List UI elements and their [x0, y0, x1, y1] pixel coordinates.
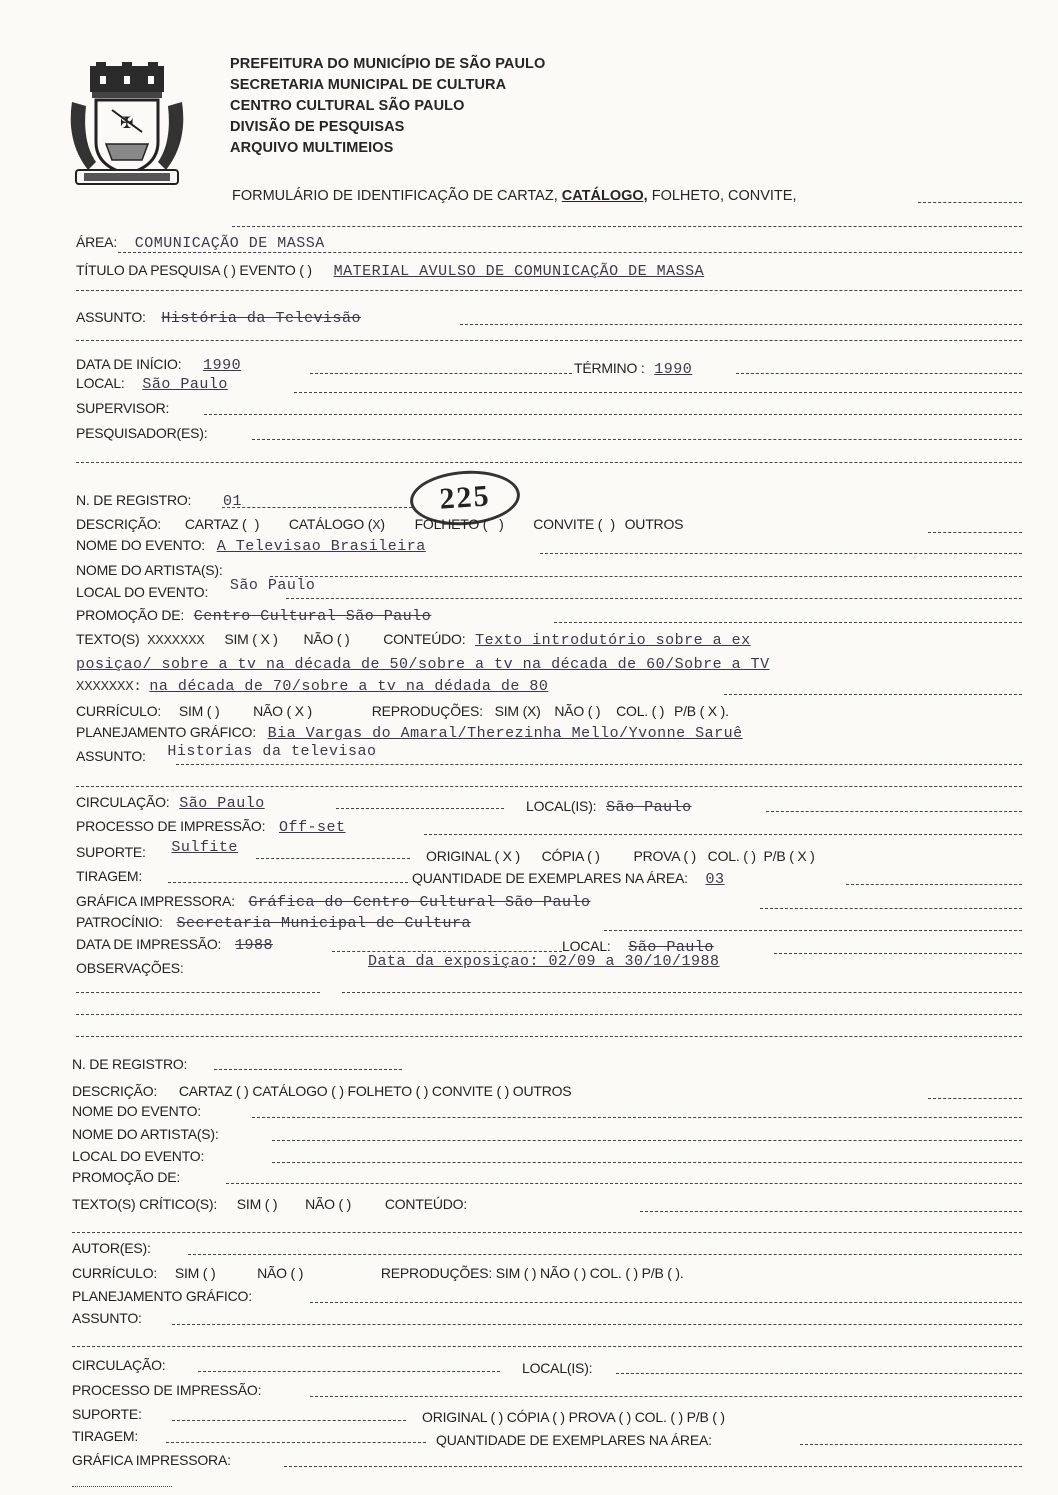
processo-value: Off-set: [279, 819, 346, 836]
assunto-value: História da Televisão: [161, 310, 361, 327]
local-evento-value: São Paulo: [230, 577, 316, 594]
rule: [76, 786, 1022, 787]
rule: [286, 598, 1022, 599]
rule: [616, 1373, 1022, 1374]
descricao-field-2: DESCRIÇÃO: CARTAZ ( ) CATÁLOGO ( ) FOLHE…: [72, 1083, 571, 1099]
termino-value: 1990: [654, 361, 692, 378]
registro-field-2[interactable]: N. DE REGISTRO:: [72, 1056, 187, 1072]
planejamento-value: Bia Vargas do Amaral/Therezinha Mello/Yv…: [268, 725, 743, 742]
reproducoes-pb-checkbox[interactable]: P/B ( X ).: [674, 703, 729, 719]
rule: [724, 694, 1022, 695]
circulacao-field-2[interactable]: CIRCULAÇÃO:: [72, 1357, 165, 1373]
curriculo-nao-checkbox[interactable]: NÃO ( X ): [253, 703, 312, 719]
rule: [72, 1346, 1022, 1347]
assunto-field-2[interactable]: ASSUNTO:: [72, 1310, 142, 1326]
rule: [272, 1162, 1022, 1163]
header-line: PREFEITURA DO MUNICÍPIO DE SÃO PAULO: [230, 54, 545, 75]
rule: [166, 1442, 426, 1443]
rule: [310, 1302, 1022, 1303]
rule: [928, 1098, 1022, 1099]
rule: [294, 392, 1022, 393]
rule: [188, 1254, 1022, 1255]
termino-field[interactable]: TÉRMINO : 1990: [574, 360, 692, 378]
local-evento-field-2[interactable]: LOCAL DO EVENTO:: [72, 1148, 204, 1164]
conteudo-line-2: posiçao/ sobre a tv na década de 50/sobr…: [76, 655, 770, 673]
circulacao-value: São Paulo: [179, 795, 265, 812]
option-convite[interactable]: CONVITE ( ): [533, 516, 615, 532]
rule: [72, 1486, 172, 1487]
rule: [76, 1014, 1022, 1015]
grafica-field[interactable]: GRÁFICA IMPRESSORA: Gráfica do Centro Cu…: [76, 893, 591, 911]
processo-field[interactable]: PROCESSO DE IMPRESSÃO: Off-set: [76, 818, 346, 836]
locais-field-2[interactable]: LOCAL(IS):: [522, 1360, 592, 1376]
identification-form-page: ✠ PREFEITURA DO MUNICÍPIO DE SÃO PAULO S…: [0, 0, 1058, 1495]
rule: [168, 882, 408, 883]
pb-checkbox[interactable]: P/B ( X ): [764, 848, 815, 864]
titulo-value: MATERIAL AVULSO DE COMUNICAÇÃO DE MASSA: [334, 263, 705, 280]
rule: [76, 340, 1022, 341]
suporte-options: ORIGINAL ( X ) CÓPIA ( ) PROVA ( ) COL. …: [426, 848, 815, 864]
rule: [226, 1183, 1022, 1184]
data-inicio-field[interactable]: DATA DE INÍCIO: 1990: [76, 356, 241, 374]
tiragem-field-2[interactable]: TIRAGEM:: [72, 1428, 138, 1444]
nome-evento-field[interactable]: NOME DO EVENTO: A Televisao Brasileira: [76, 537, 426, 555]
prova-checkbox[interactable]: PROVA ( ): [633, 848, 696, 864]
patrocinio-value: Secretaria Municipal de Cultura: [176, 915, 471, 932]
option-cartaz[interactable]: CARTAZ ( ): [185, 516, 259, 532]
reproducoes-sim-checkbox[interactable]: SIM (X): [495, 703, 541, 719]
nome-evento-field-2[interactable]: NOME DO EVENTO:: [72, 1103, 201, 1119]
quantidade-value: 03: [706, 871, 725, 888]
quantidade-field[interactable]: QUANTIDADE DE EXEMPLARES NA ÁREA: 03: [412, 870, 725, 888]
rule: [774, 953, 1022, 954]
form-title-blank-line[interactable]: [918, 202, 1022, 203]
option-catalogo[interactable]: CATÁLOGO (X): [289, 516, 385, 532]
rule: [72, 1232, 1022, 1233]
area-value: COMUNICAÇÃO DE MASSA: [135, 235, 325, 252]
nome-evento-value: A Televisao Brasileira: [217, 538, 426, 555]
textos-sim-checkbox-2[interactable]: SIM ( ): [237, 1196, 278, 1212]
original-checkbox[interactable]: ORIGINAL ( X ): [426, 848, 520, 864]
nome-artista-field-2[interactable]: NOME DO ARTISTA(S):: [72, 1126, 219, 1142]
rule: [336, 808, 504, 809]
supervisor-field[interactable]: SUPERVISOR:: [76, 400, 169, 416]
rule: [204, 414, 1022, 415]
suporte-options-2[interactable]: ORIGINAL ( ) CÓPIA ( ) PROVA ( ) COL. ( …: [422, 1409, 725, 1425]
reproducoes-col-checkbox[interactable]: COL. ( ): [616, 703, 664, 719]
rule: [214, 1069, 402, 1070]
patrocinio-field[interactable]: PATROCÍNIO: Secretaria Municipal de Cult…: [76, 914, 471, 932]
rule: [800, 1444, 1022, 1445]
rule: [172, 1324, 1022, 1325]
suporte-field[interactable]: SUPORTE: Sulfite: [76, 838, 238, 856]
rule: [342, 992, 1022, 993]
rule: [222, 507, 412, 508]
rule: [176, 764, 1022, 765]
rule: [310, 1396, 1022, 1397]
rule: [604, 930, 1022, 931]
assunto-field[interactable]: ASSUNTO: História da Televisão: [76, 309, 361, 327]
rule: [310, 373, 572, 374]
form-title-selected-type: CATÁLOGO,: [562, 188, 648, 204]
local-field[interactable]: LOCAL: São Paulo: [76, 375, 228, 393]
rule: [76, 1036, 1022, 1037]
rule: [928, 532, 1022, 533]
copia-checkbox[interactable]: CÓPIA ( ): [542, 848, 600, 864]
reproducoes-options-2[interactable]: REPRODUÇÕES: SIM ( ) NÃO ( ) COL. ( ) P/…: [381, 1265, 684, 1281]
rule: [640, 1211, 1022, 1212]
circulacao-field[interactable]: CIRCULAÇÃO: São Paulo: [76, 794, 265, 812]
option-folheto[interactable]: FOLHETO ( ): [415, 516, 504, 532]
rule: [252, 1117, 1022, 1118]
rule: [424, 834, 1022, 835]
conteudo-line-3: XXXXXXX: na década de 70/sobre a tv na d…: [76, 677, 548, 695]
local-evento-field[interactable]: LOCAL DO EVENTO: São Paulo: [76, 576, 315, 594]
assunto-field-record[interactable]: ASSUNTO: Historias da televisao: [76, 742, 376, 760]
curriculo-nao-checkbox-2[interactable]: NÃO ( ): [257, 1265, 303, 1281]
rule: [460, 324, 1022, 325]
textos-struck: XXXXXXX: [147, 633, 204, 649]
planejamento-field[interactable]: PLANEJAMENTO GRÁFICO: Bia Vargas do Amar…: [76, 724, 743, 742]
titulo-field[interactable]: TÍTULO DA PESQUISA ( ) EVENTO ( ) MATERI…: [76, 262, 704, 280]
rule: [846, 884, 1022, 885]
curriculo-field-2: CURRÍCULO: SIM ( ) NÃO ( ) REPRODUÇÕES: …: [72, 1265, 684, 1281]
local-value: São Paulo: [142, 376, 228, 393]
grafica-field-2[interactable]: GRÁFICA IMPRESSORA:: [72, 1452, 231, 1468]
textos-nao-checkbox[interactable]: NÃO ( ): [303, 631, 349, 647]
coat-of-arms-icon: ✠: [62, 62, 192, 190]
observacoes-value: Data da exposiçao: 02/09 a 30/10/1988: [368, 952, 720, 970]
rule: [760, 908, 1022, 909]
locais-field[interactable]: LOCAL(IS): São Paulo: [526, 798, 692, 816]
descricao-field: DESCRIÇÃO: CARTAZ ( ) CATÁLOGO (X) FOLHE…: [76, 516, 683, 534]
planejamento-field-2[interactable]: PLANEJAMENTO GRÁFICO:: [72, 1288, 252, 1304]
curriculo-sim-checkbox[interactable]: SIM ( ): [179, 703, 220, 719]
promocao-field[interactable]: PROMOÇÃO DE: Centro Cultural São Paulo: [76, 607, 431, 625]
data-impressao-field[interactable]: DATA DE IMPRESSÃO: 1988: [76, 936, 273, 954]
data-inicio-value: 1990: [203, 357, 241, 374]
area-field[interactable]: ÁREA: COMUNICAÇÃO DE MASSA: [76, 234, 325, 252]
locais-value: São Paulo: [606, 799, 692, 816]
rule: [252, 439, 1022, 440]
assunto-record-value: Historias da televisao: [167, 743, 376, 760]
textos-field: TEXTO(S) XXXXXXX SIM ( X ) NÃO ( ) CONTE…: [76, 631, 751, 649]
suporte-value: Sulfite: [171, 839, 238, 856]
promocao-field-2[interactable]: PROMOÇÃO DE:: [72, 1169, 180, 1185]
rule: [198, 1371, 500, 1372]
rule: [540, 553, 1022, 554]
curriculo-field: CURRÍCULO: SIM ( ) NÃO ( X ) REPRODUÇÕES…: [76, 703, 729, 719]
tiragem-field[interactable]: TIRAGEM:: [76, 868, 142, 884]
registro-field[interactable]: N. DE REGISTRO: 01: [76, 492, 242, 510]
suporte-field-2[interactable]: SUPORTE:: [72, 1406, 142, 1422]
observacoes-field[interactable]: OBSERVAÇÕES:: [76, 960, 184, 976]
pesquisadores-field[interactable]: PESQUISADOR(ES):: [76, 425, 207, 441]
rule: [76, 462, 1022, 463]
processo-field-2[interactable]: PROCESSO DE IMPRESSÃO:: [72, 1382, 261, 1398]
header-line: CENTRO CULTURAL SÃO PAULO: [230, 96, 545, 117]
header-line: ARQUIVO MULTIMEIOS: [230, 138, 545, 159]
rule: [172, 1420, 406, 1421]
option-outros[interactable]: OUTROS: [625, 516, 684, 532]
rule: [270, 576, 1022, 577]
svg-text:✠: ✠: [120, 113, 133, 132]
col-checkbox[interactable]: COL. ( ): [708, 848, 756, 864]
data-impressao-value: 1988: [235, 937, 273, 954]
form-title-prefix: FORMULÁRIO DE IDENTIFICAÇÃO DE CARTAZ,: [232, 188, 558, 204]
header-line: SECRETARIA MUNICIPAL DE CULTURA: [230, 75, 545, 96]
textos-sim-checkbox[interactable]: SIM ( X ): [224, 631, 277, 647]
header-line: DIVISÃO DE PESQUISAS: [230, 117, 545, 138]
grafica-value: Gráfica do Centro Cultural São Paulo: [249, 894, 591, 911]
rule: [766, 811, 1022, 812]
rule: [736, 373, 1022, 374]
rule: [284, 1466, 1022, 1467]
curriculo-sim-checkbox-2[interactable]: SIM ( ): [175, 1265, 216, 1281]
textos-field-2: TEXTO(S) CRÍTICO(S): SIM ( ) NÃO ( ) CON…: [72, 1196, 467, 1212]
rule: [554, 622, 1022, 623]
autores-field-2[interactable]: AUTOR(ES):: [72, 1240, 151, 1256]
form-title: FORMULÁRIO DE IDENTIFICAÇÃO DE CARTAZ, C…: [232, 188, 797, 204]
promocao-value: Centro Cultural São Paulo: [194, 608, 432, 625]
form-title-suffix: FOLHETO, CONVITE,: [652, 188, 797, 204]
rule: [76, 992, 320, 993]
rule: [118, 252, 1022, 253]
form-title-blank-line-2[interactable]: [232, 226, 1022, 227]
descricao-options-2[interactable]: CARTAZ ( ) CATÁLOGO ( ) FOLHETO ( ) CONV…: [179, 1083, 572, 1099]
rule: [272, 1140, 1022, 1141]
reproducoes-nao-checkbox[interactable]: NÃO ( ): [554, 703, 600, 719]
quantidade-field-2[interactable]: QUANTIDADE DE EXEMPLARES NA ÁREA:: [436, 1432, 712, 1448]
textos-nao-checkbox-2[interactable]: NÃO ( ): [305, 1196, 351, 1212]
rule: [256, 858, 410, 859]
conteudo-line-1: Texto introdutório sobre a ex: [475, 632, 751, 649]
institution-header: PREFEITURA DO MUNICÍPIO DE SÃO PAULO SEC…: [230, 54, 545, 159]
rule: [76, 290, 1022, 291]
